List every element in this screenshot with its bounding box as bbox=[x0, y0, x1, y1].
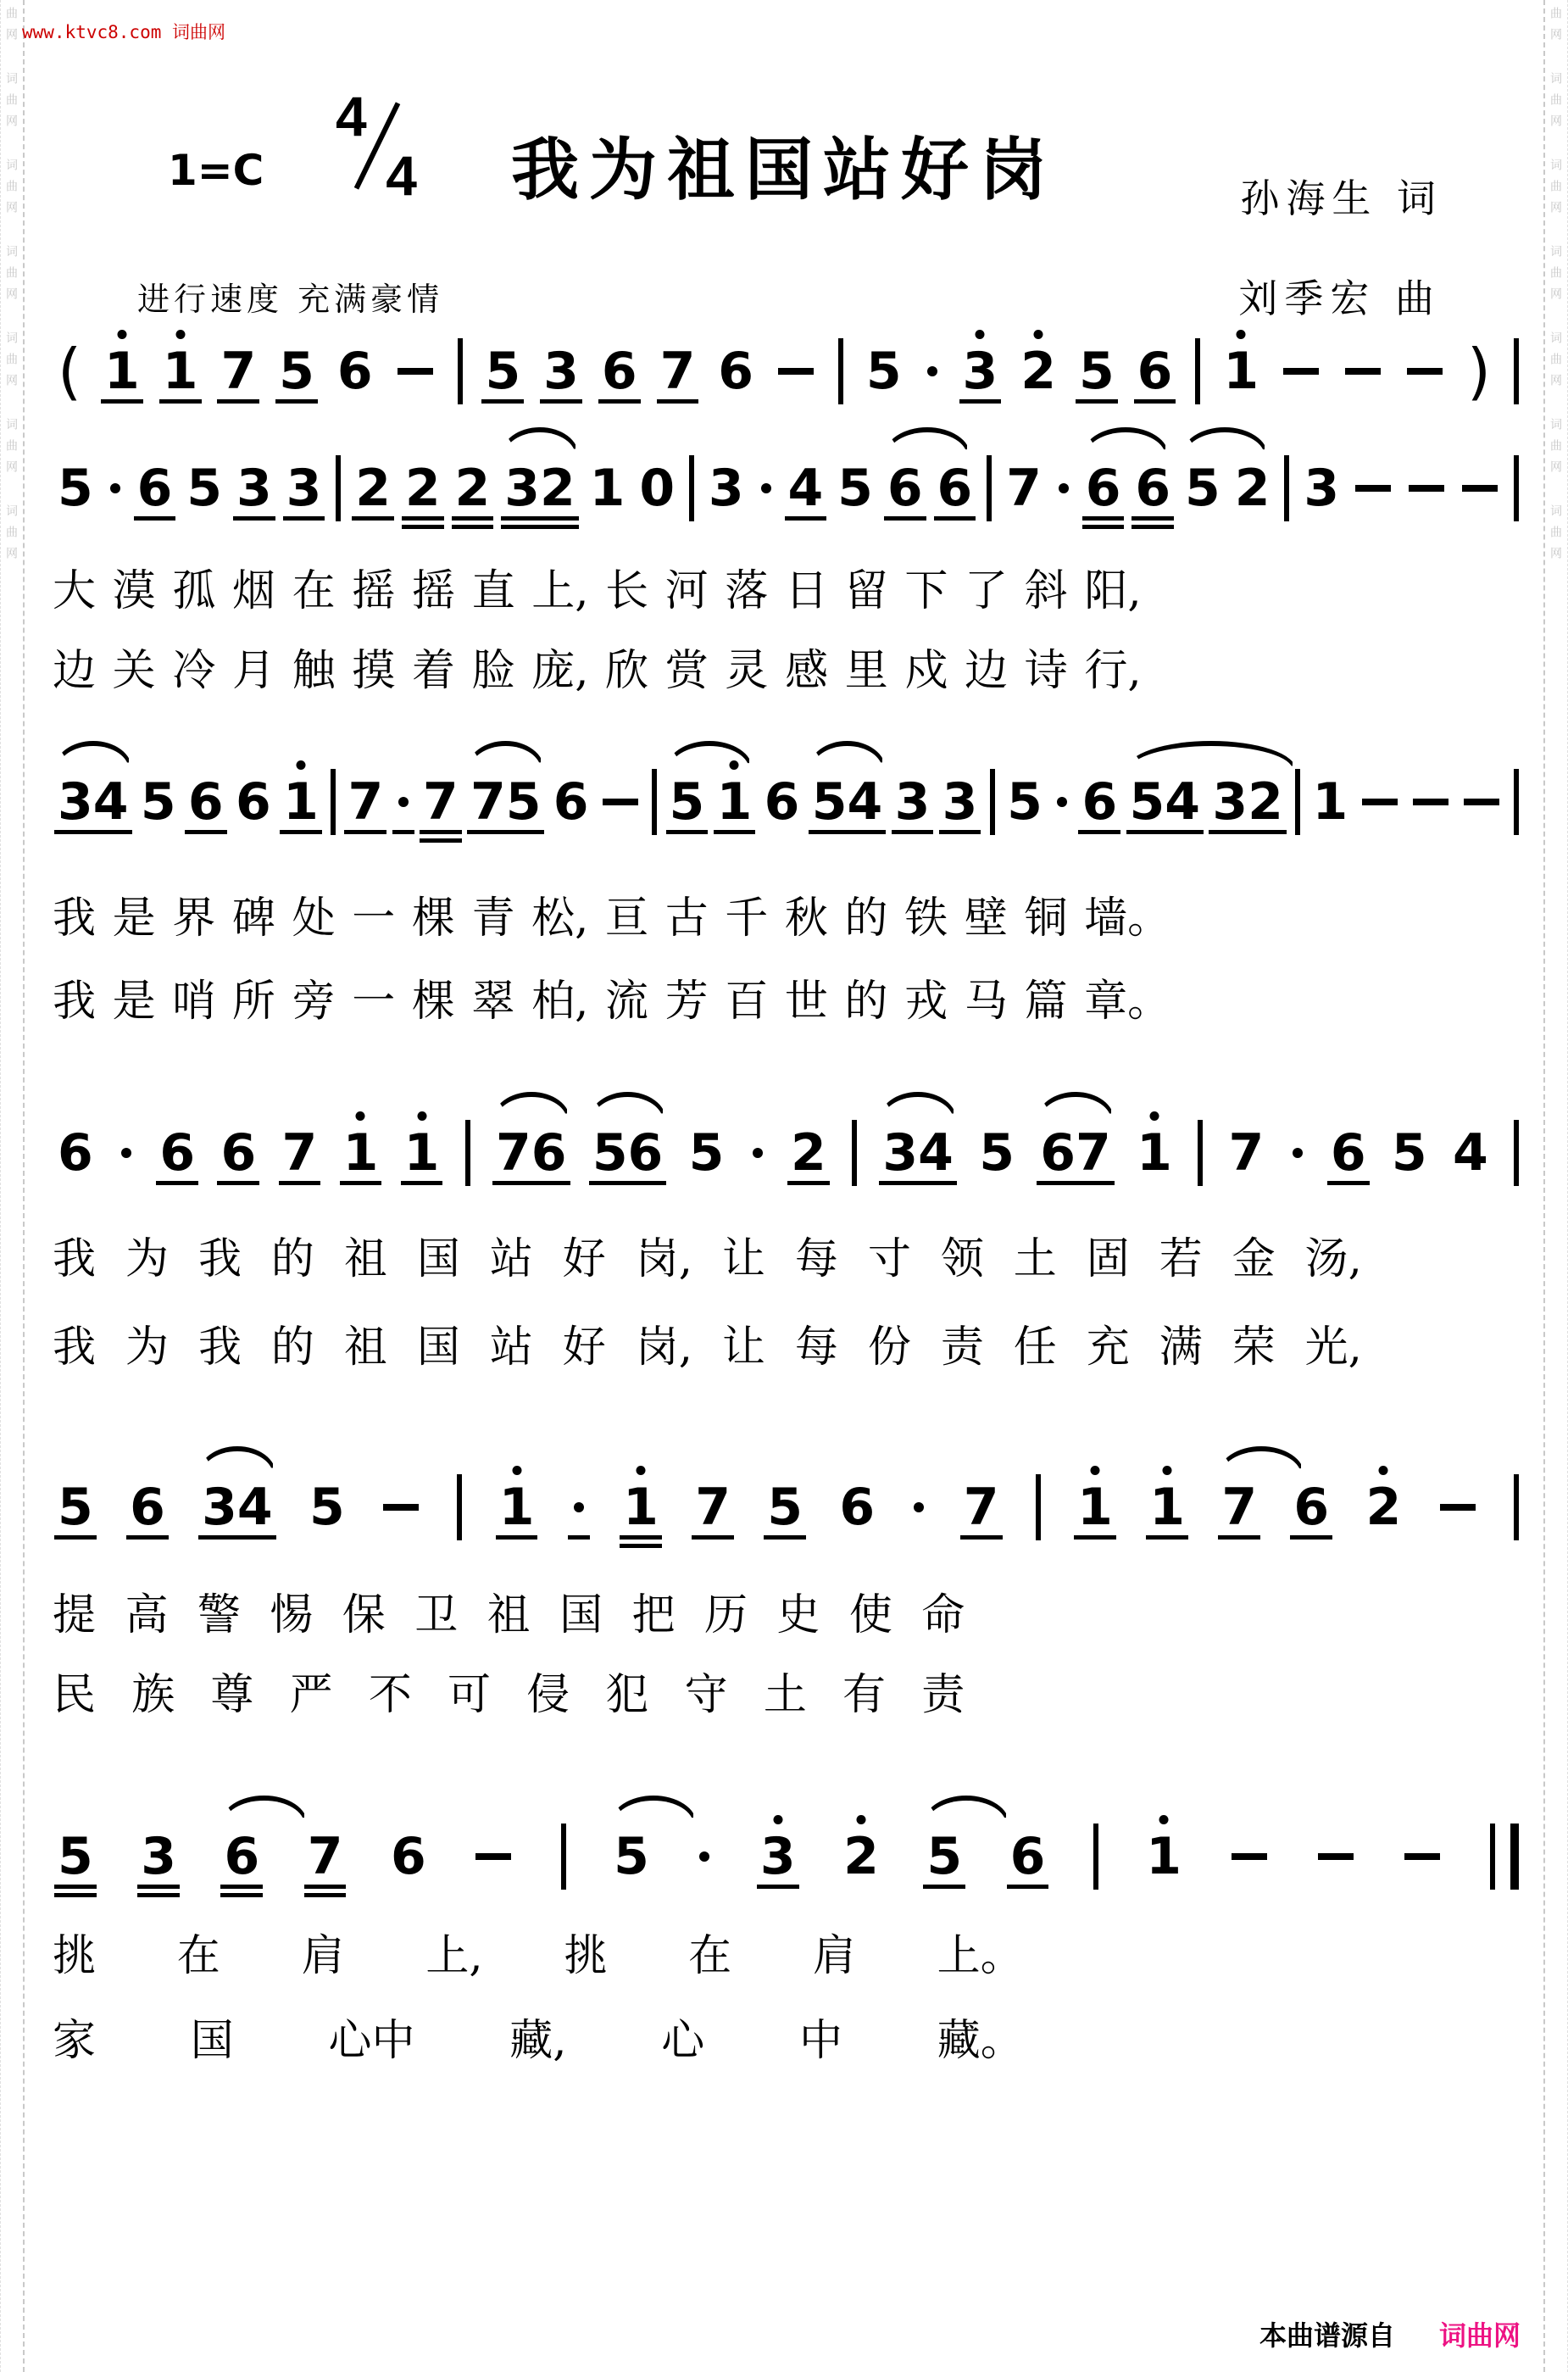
lyric-syllable: 棵 bbox=[412, 897, 455, 940]
barline bbox=[1036, 1474, 1041, 1540]
lyric-syllable: 好 bbox=[563, 1238, 606, 1281]
lyric-syllable: 把 bbox=[632, 1594, 676, 1637]
lyric-syllable: 翠 bbox=[471, 980, 514, 1023]
slur-arc bbox=[1082, 427, 1169, 458]
lyric-syllable: 史 bbox=[776, 1594, 820, 1637]
beam-underline bbox=[787, 1181, 830, 1185]
note-token: 5 bbox=[689, 1119, 725, 1187]
beam-underline bbox=[137, 1885, 180, 1889]
lyric-syllable: 责 bbox=[941, 1326, 984, 1369]
barline bbox=[1284, 455, 1289, 521]
octave-dot bbox=[730, 760, 739, 770]
lyric-syllable: 触 bbox=[292, 649, 336, 693]
lyric-syllable: 民 bbox=[53, 1673, 96, 1717]
lyric-syllable: 直 bbox=[472, 570, 515, 613]
duration-dot bbox=[1054, 768, 1070, 836]
lyric-syllable: 国 bbox=[417, 1326, 460, 1369]
note-token: 5 bbox=[279, 337, 314, 405]
lyric-syllable: 漠 bbox=[113, 570, 156, 613]
barline bbox=[1093, 1824, 1098, 1890]
duration-dash bbox=[381, 1473, 420, 1541]
octave-dot bbox=[356, 1111, 365, 1121]
note-token: 34 bbox=[882, 1119, 954, 1187]
beam-underline bbox=[1132, 516, 1174, 521]
parenthesis: ( bbox=[58, 337, 81, 405]
lyric-syllable: 阳, bbox=[1084, 570, 1141, 613]
note-token: 5 bbox=[186, 454, 222, 522]
lyric-syllable: 岗, bbox=[636, 1326, 692, 1369]
slur-arc bbox=[1182, 427, 1268, 458]
lyric-syllable: 河 bbox=[665, 570, 709, 613]
lyric-syllable: 历 bbox=[704, 1594, 748, 1637]
lyric-syllable: 章。 bbox=[1084, 980, 1170, 1023]
barline bbox=[1514, 455, 1519, 521]
note-token: 3 bbox=[709, 454, 744, 522]
note-token: 1 bbox=[1146, 1823, 1182, 1890]
lyric-syllable: 好 bbox=[563, 1326, 606, 1369]
left-border-text: 词曲网 词曲网 词曲网 词曲网 词曲网 词曲网 词曲网 词曲网 词曲网 词曲网 … bbox=[1, 0, 25, 2372]
beam-underline bbox=[137, 1893, 180, 1897]
lyric-syllable: 棵 bbox=[412, 980, 455, 1023]
duration-dash bbox=[1343, 337, 1382, 405]
lyrics-line: 我是哨所旁一棵翠柏,流芳百世的戎马篇章。 bbox=[53, 980, 1170, 1023]
duration-dash bbox=[776, 337, 815, 405]
note-token: 3 bbox=[1304, 454, 1339, 522]
beam-underline bbox=[785, 516, 827, 521]
lyric-syllable: 秋 bbox=[785, 897, 828, 940]
lyric-syllable: 侵 bbox=[526, 1673, 570, 1717]
duration-dot bbox=[911, 1473, 926, 1541]
lyric-syllable: 铜 bbox=[1024, 897, 1067, 940]
beam-underline bbox=[54, 1885, 97, 1889]
lyric-syllable: 摇 bbox=[412, 570, 455, 613]
lyric-syllable: 满 bbox=[1159, 1326, 1203, 1369]
lyric-syllable: 着 bbox=[412, 649, 455, 693]
note-token: 1 bbox=[104, 337, 140, 405]
note-token: 2 bbox=[355, 454, 391, 522]
lyric-syllable: 亘 bbox=[605, 897, 648, 940]
lyric-syllable: 祖 bbox=[487, 1594, 531, 1637]
right-border-text: 词曲网 词曲网 词曲网 词曲网 词曲网 词曲网 词曲网 词曲网 词曲网 词曲网 … bbox=[1545, 0, 1568, 2372]
note-token: 5 bbox=[614, 1823, 649, 1890]
lyrics-line: 边关冷月触摸着脸庞,欣赏灵感里戍边诗行, bbox=[53, 649, 1142, 693]
lyric-syllable: 汤, bbox=[1305, 1238, 1362, 1281]
note-token: 5 bbox=[1392, 1119, 1427, 1187]
lyric-syllable: 了 bbox=[965, 570, 1008, 613]
duration-dash bbox=[1230, 1823, 1269, 1890]
lyric-syllable: 芳 bbox=[665, 980, 709, 1023]
music-line: 5634511756711762 bbox=[53, 1473, 1524, 1541]
lyric-syllable: 千 bbox=[725, 897, 768, 940]
beam-underline bbox=[809, 830, 887, 834]
octave-dot bbox=[1379, 1466, 1388, 1475]
beam-underline bbox=[1082, 516, 1125, 521]
lyrics-line: 大漠孤烟在摇摇直上,长河落日留下了斜阳, bbox=[53, 570, 1142, 613]
beam-underline bbox=[304, 1885, 347, 1889]
slur-arc bbox=[884, 427, 970, 458]
note-token: 5 bbox=[837, 454, 873, 522]
duration-dot bbox=[396, 768, 411, 836]
note-token: 6 bbox=[1135, 454, 1170, 522]
final-barline bbox=[1490, 1824, 1519, 1890]
lyric-syllable: 土 bbox=[1014, 1238, 1057, 1281]
lyric-syllable: 站 bbox=[490, 1238, 533, 1281]
note-token: 4 bbox=[1453, 1119, 1488, 1187]
octave-dot bbox=[296, 760, 305, 770]
beam-underline bbox=[692, 1535, 734, 1540]
lyric-syllable: 我 bbox=[53, 980, 96, 1023]
lyric-syllable: 心中 bbox=[329, 2019, 415, 2063]
lyric-syllable: 一 bbox=[352, 897, 395, 940]
duration-dash bbox=[1354, 454, 1393, 522]
lyric-syllable: 的 bbox=[845, 897, 888, 940]
note-token: 6 bbox=[137, 454, 173, 522]
note-token: 2 bbox=[455, 454, 491, 522]
beam-underline bbox=[1134, 399, 1176, 404]
lyric-syllable: 守 bbox=[685, 1673, 728, 1717]
note-token: 2 bbox=[405, 454, 441, 522]
beam-underline bbox=[402, 516, 444, 521]
lyric-syllable: 烟 bbox=[232, 570, 275, 613]
beam-underline bbox=[1218, 1535, 1260, 1540]
barline bbox=[1514, 769, 1519, 835]
lyric-syllable: 族 bbox=[131, 1673, 175, 1717]
lyric-syllable: 挑 bbox=[564, 1935, 607, 1978]
lyrics-line: 我为我的祖国站好岗,让每寸领土固若金汤, bbox=[53, 1238, 1362, 1281]
beam-underline bbox=[892, 830, 934, 834]
lyric-syllable: 是 bbox=[113, 897, 156, 940]
note-token: 1 bbox=[1149, 1473, 1185, 1541]
octave-dot bbox=[175, 330, 185, 339]
slur-arc bbox=[220, 1796, 307, 1826]
beam-underline bbox=[714, 830, 756, 834]
duration-dot bbox=[1056, 454, 1071, 522]
slur-arc bbox=[1218, 1446, 1304, 1477]
barline bbox=[465, 1120, 470, 1186]
beam-underline bbox=[134, 516, 176, 521]
note-token: 2 bbox=[1235, 454, 1271, 522]
lyric-syllable: 提 bbox=[53, 1594, 96, 1637]
lyric-syllable: 命 bbox=[921, 1594, 965, 1637]
note-token: 5 bbox=[926, 1823, 962, 1890]
note-token: 7 bbox=[1228, 1119, 1264, 1187]
slur-arc bbox=[923, 1796, 1009, 1826]
lyric-syllable: 行, bbox=[1084, 649, 1141, 693]
note-token: 32 bbox=[504, 454, 575, 522]
beam-underline bbox=[884, 516, 926, 521]
note-token: 76 bbox=[496, 1119, 567, 1187]
note-token: 6 bbox=[224, 1823, 259, 1890]
duration-dot bbox=[119, 1119, 134, 1187]
beam-underline bbox=[540, 399, 582, 404]
lyric-syllable: 寸 bbox=[868, 1238, 911, 1281]
note-token: 56 bbox=[592, 1119, 664, 1187]
lyric-syllable: 为 bbox=[125, 1238, 169, 1281]
lyric-syllable: 戍 bbox=[904, 649, 948, 693]
note-token: 3 bbox=[942, 768, 978, 836]
beam-underline bbox=[452, 525, 494, 529]
beam-underline bbox=[401, 1181, 443, 1185]
octave-dot bbox=[117, 330, 126, 339]
lyric-syllable: 挑 bbox=[53, 1935, 96, 1978]
lyric-syllable: 墙。 bbox=[1084, 897, 1170, 940]
lyric-syllable: 可 bbox=[448, 1673, 491, 1717]
lyric-syllable: 冷 bbox=[172, 649, 215, 693]
beam-underline bbox=[452, 516, 494, 521]
note-token: 6 bbox=[937, 454, 973, 522]
lyric-syllable: 肩 bbox=[302, 1935, 345, 1978]
duration-dash bbox=[601, 768, 640, 836]
beam-underline bbox=[159, 399, 202, 404]
lyric-syllable: 一 bbox=[352, 980, 395, 1023]
lyric-syllable: 月 bbox=[232, 649, 275, 693]
lyric-syllable: 在 bbox=[292, 570, 336, 613]
beam-underline bbox=[879, 1181, 957, 1185]
note-token: 6 bbox=[1293, 1473, 1329, 1541]
duration-dot bbox=[697, 1823, 712, 1890]
note-token: 7 bbox=[660, 337, 696, 405]
slur-arc bbox=[467, 741, 545, 771]
lyric-syllable: 诗 bbox=[1025, 649, 1068, 693]
lyric-syllable: 的 bbox=[271, 1238, 314, 1281]
note-token: 1 bbox=[283, 768, 319, 836]
note-token: 3 bbox=[236, 454, 272, 522]
note-token: 34 bbox=[58, 768, 129, 836]
beam-underline bbox=[279, 1181, 321, 1185]
octave-dot bbox=[1237, 330, 1246, 339]
lyric-syllable: 国 bbox=[559, 1594, 603, 1637]
note-token: 7 bbox=[423, 768, 459, 836]
note-token: 6 bbox=[337, 337, 373, 405]
duration-dot bbox=[759, 454, 774, 522]
lyric-syllable: 国 bbox=[191, 2019, 234, 2063]
note-token: 6 bbox=[236, 768, 271, 836]
lyric-syllable: 严 bbox=[290, 1673, 333, 1717]
lyric-syllable: 壁 bbox=[965, 897, 1008, 940]
note-token: 6 bbox=[58, 1119, 93, 1187]
note-token: 7 bbox=[308, 1823, 343, 1890]
barline bbox=[561, 1824, 566, 1890]
note-token: 5 bbox=[1185, 454, 1220, 522]
lyric-syllable: 边 bbox=[965, 649, 1008, 693]
lyric-syllable: 长 bbox=[605, 570, 648, 613]
slur-arc bbox=[1126, 741, 1296, 771]
beam-underline bbox=[185, 830, 227, 834]
lyric-syllable: 留 bbox=[845, 570, 888, 613]
lyric-syllable: 家 bbox=[53, 2019, 96, 2063]
music-line: 3456617775651654335654321 bbox=[53, 768, 1524, 836]
duration-dot bbox=[108, 454, 123, 522]
beam-underline bbox=[568, 1535, 590, 1540]
beam-underline bbox=[960, 1535, 1003, 1540]
lyric-syllable: 我 bbox=[53, 1326, 96, 1369]
note-token: 5 bbox=[1079, 337, 1115, 405]
note-token: 75 bbox=[470, 768, 542, 836]
lyrics-line: 民族尊严不可侵犯守土有责 bbox=[53, 1673, 965, 1717]
lyric-syllable: 欣 bbox=[605, 649, 648, 693]
beam-underline bbox=[939, 830, 981, 834]
note-token: 3 bbox=[141, 1823, 176, 1890]
beam-underline bbox=[666, 830, 709, 834]
note-token: 54 bbox=[812, 768, 883, 836]
lyric-syllable: 我 bbox=[53, 1238, 96, 1281]
lyric-syllable: 领 bbox=[941, 1238, 984, 1281]
octave-dot bbox=[856, 1815, 865, 1824]
duration-dash bbox=[1407, 454, 1446, 522]
note-token: 67 bbox=[1040, 1119, 1111, 1187]
lyric-syllable: 界 bbox=[172, 897, 215, 940]
note-token: 6 bbox=[188, 768, 224, 836]
lyric-syllable: 庞, bbox=[531, 649, 588, 693]
note-token: 6 bbox=[1086, 454, 1121, 522]
note-token: 1 bbox=[717, 768, 753, 836]
note-token: 6 bbox=[1081, 768, 1117, 836]
beam-underline bbox=[620, 1535, 662, 1540]
barline bbox=[652, 769, 657, 835]
note-token: 1 bbox=[590, 454, 626, 522]
note-token: 6 bbox=[1010, 1823, 1046, 1890]
lyric-syllable: 让 bbox=[722, 1326, 765, 1369]
lyrics-line: 我是界碑处一棵青松,亘古千秋的铁壁铜墙。 bbox=[53, 897, 1170, 940]
note-token: 6 bbox=[1331, 1119, 1366, 1187]
slur-arc bbox=[501, 427, 579, 458]
note-token: 5 bbox=[485, 337, 520, 405]
note-token: 0 bbox=[639, 454, 675, 522]
beam-underline bbox=[217, 399, 259, 404]
music-line: (1175653676532561) bbox=[53, 337, 1524, 405]
lyric-syllable: 有 bbox=[842, 1673, 886, 1717]
lyric-syllable: 藏, bbox=[509, 2019, 566, 2063]
lyric-syllable: 若 bbox=[1159, 1238, 1203, 1281]
score-area: (1175653676532561)5653322232103456676652… bbox=[53, 0, 1524, 2372]
footer-site-name: 词曲网 bbox=[1439, 2314, 1521, 2353]
note-token: 5 bbox=[58, 1823, 93, 1890]
lyric-syllable: 赏 bbox=[665, 649, 709, 693]
beam-underline bbox=[501, 525, 579, 529]
duration-dash bbox=[1462, 768, 1501, 836]
lyric-syllable: 摇 bbox=[352, 570, 395, 613]
lyric-syllable: 脸 bbox=[472, 649, 515, 693]
duration-dash bbox=[1460, 454, 1499, 522]
lyric-syllable: 保 bbox=[342, 1594, 386, 1637]
lyric-syllable: 每 bbox=[795, 1238, 838, 1281]
beam-underline bbox=[492, 1181, 570, 1185]
slur-arc bbox=[809, 741, 887, 771]
note-token: 5 bbox=[979, 1119, 1015, 1187]
beam-underline bbox=[220, 1885, 263, 1889]
beam-underline bbox=[420, 830, 462, 834]
note-token: 6 bbox=[765, 768, 800, 836]
duration-dash bbox=[1411, 768, 1450, 836]
lyric-syllable: 警 bbox=[197, 1594, 241, 1637]
note-token: 5 bbox=[309, 1473, 345, 1541]
lyric-syllable: 让 bbox=[722, 1238, 765, 1281]
note-token: 6 bbox=[220, 1119, 256, 1187]
footer-credit: 本曲谱源自 词曲网 bbox=[1259, 2314, 1521, 2353]
note-token: 5 bbox=[1007, 768, 1043, 836]
beam-underline bbox=[1146, 1535, 1188, 1540]
lyric-syllable: 摸 bbox=[352, 649, 395, 693]
note-token: 3 bbox=[963, 337, 998, 405]
lyric-syllable: 所 bbox=[232, 980, 275, 1023]
lyric-syllable: 站 bbox=[490, 1326, 533, 1369]
beam-underline bbox=[402, 525, 444, 529]
barline bbox=[1195, 338, 1200, 404]
music-line: 6667117656523456717654 bbox=[53, 1119, 1524, 1187]
lyric-syllable: 份 bbox=[868, 1326, 911, 1369]
lyric-syllable: 尊 bbox=[210, 1673, 253, 1717]
note-token: 6 bbox=[602, 337, 637, 405]
beam-underline bbox=[467, 830, 545, 834]
slur-arc bbox=[54, 741, 132, 771]
lyric-syllable: 落 bbox=[725, 570, 768, 613]
lyric-syllable: 松, bbox=[531, 897, 588, 940]
barline bbox=[1295, 769, 1300, 835]
lyric-syllable: 是 bbox=[113, 980, 156, 1023]
note-token: 7 bbox=[1221, 1473, 1257, 1541]
beam-underline bbox=[420, 838, 462, 843]
duration-dash bbox=[1360, 768, 1399, 836]
note-token: 3 bbox=[286, 454, 322, 522]
note-token: 6 bbox=[718, 337, 753, 405]
barline bbox=[1514, 1120, 1519, 1186]
note-token: 6 bbox=[130, 1473, 165, 1541]
beam-underline bbox=[126, 1535, 169, 1540]
note-token: 6 bbox=[887, 454, 923, 522]
lyric-syllable: 祖 bbox=[344, 1326, 387, 1369]
octave-dot bbox=[1091, 1466, 1100, 1475]
slur-arc bbox=[492, 1092, 570, 1122]
lyric-syllable: 上, bbox=[425, 1935, 482, 1978]
beam-underline bbox=[598, 399, 641, 404]
beam-underline bbox=[233, 516, 275, 521]
beam-underline bbox=[275, 399, 318, 404]
note-token: 3 bbox=[760, 1823, 796, 1890]
lyric-syllable: 碑 bbox=[232, 897, 275, 940]
octave-dot bbox=[1034, 330, 1043, 339]
lyric-syllable: 惕 bbox=[270, 1594, 313, 1637]
duration-dash bbox=[396, 337, 435, 405]
duration-dash bbox=[1282, 337, 1321, 405]
footer-source-text: 本曲谱源自 bbox=[1259, 2314, 1395, 2353]
lyric-syllable: 关 bbox=[113, 649, 156, 693]
octave-dot bbox=[1159, 1815, 1169, 1824]
lyric-syllable: 我 bbox=[198, 1326, 242, 1369]
beam-underline bbox=[764, 1535, 806, 1540]
duration-dash bbox=[1405, 337, 1444, 405]
lyric-syllable: 祖 bbox=[344, 1238, 387, 1281]
beam-underline bbox=[101, 399, 143, 404]
note-token: 6 bbox=[391, 1823, 426, 1890]
lyric-syllable: 在 bbox=[177, 1935, 220, 1978]
beam-underline bbox=[589, 1181, 667, 1185]
lyric-syllable: 金 bbox=[1232, 1238, 1276, 1281]
duration-dash bbox=[1438, 1473, 1477, 1541]
note-token: 3 bbox=[543, 337, 579, 405]
lyrics-line: 我为我的祖国站好岗,让每份责任充满荣光, bbox=[53, 1326, 1362, 1369]
note-token: 1 bbox=[404, 1119, 440, 1187]
note-token: 2 bbox=[843, 1823, 879, 1890]
note-token: 7 bbox=[1006, 454, 1042, 522]
note-token: 3 bbox=[895, 768, 931, 836]
lyric-syllable: 古 bbox=[665, 897, 709, 940]
note-token: 5 bbox=[866, 337, 902, 405]
duration-dot bbox=[750, 1119, 765, 1187]
beam-underline bbox=[340, 1181, 382, 1185]
lyric-syllable: 边 bbox=[53, 649, 96, 693]
lyric-syllable: 责 bbox=[921, 1673, 965, 1717]
beam-underline bbox=[1290, 1535, 1332, 1540]
